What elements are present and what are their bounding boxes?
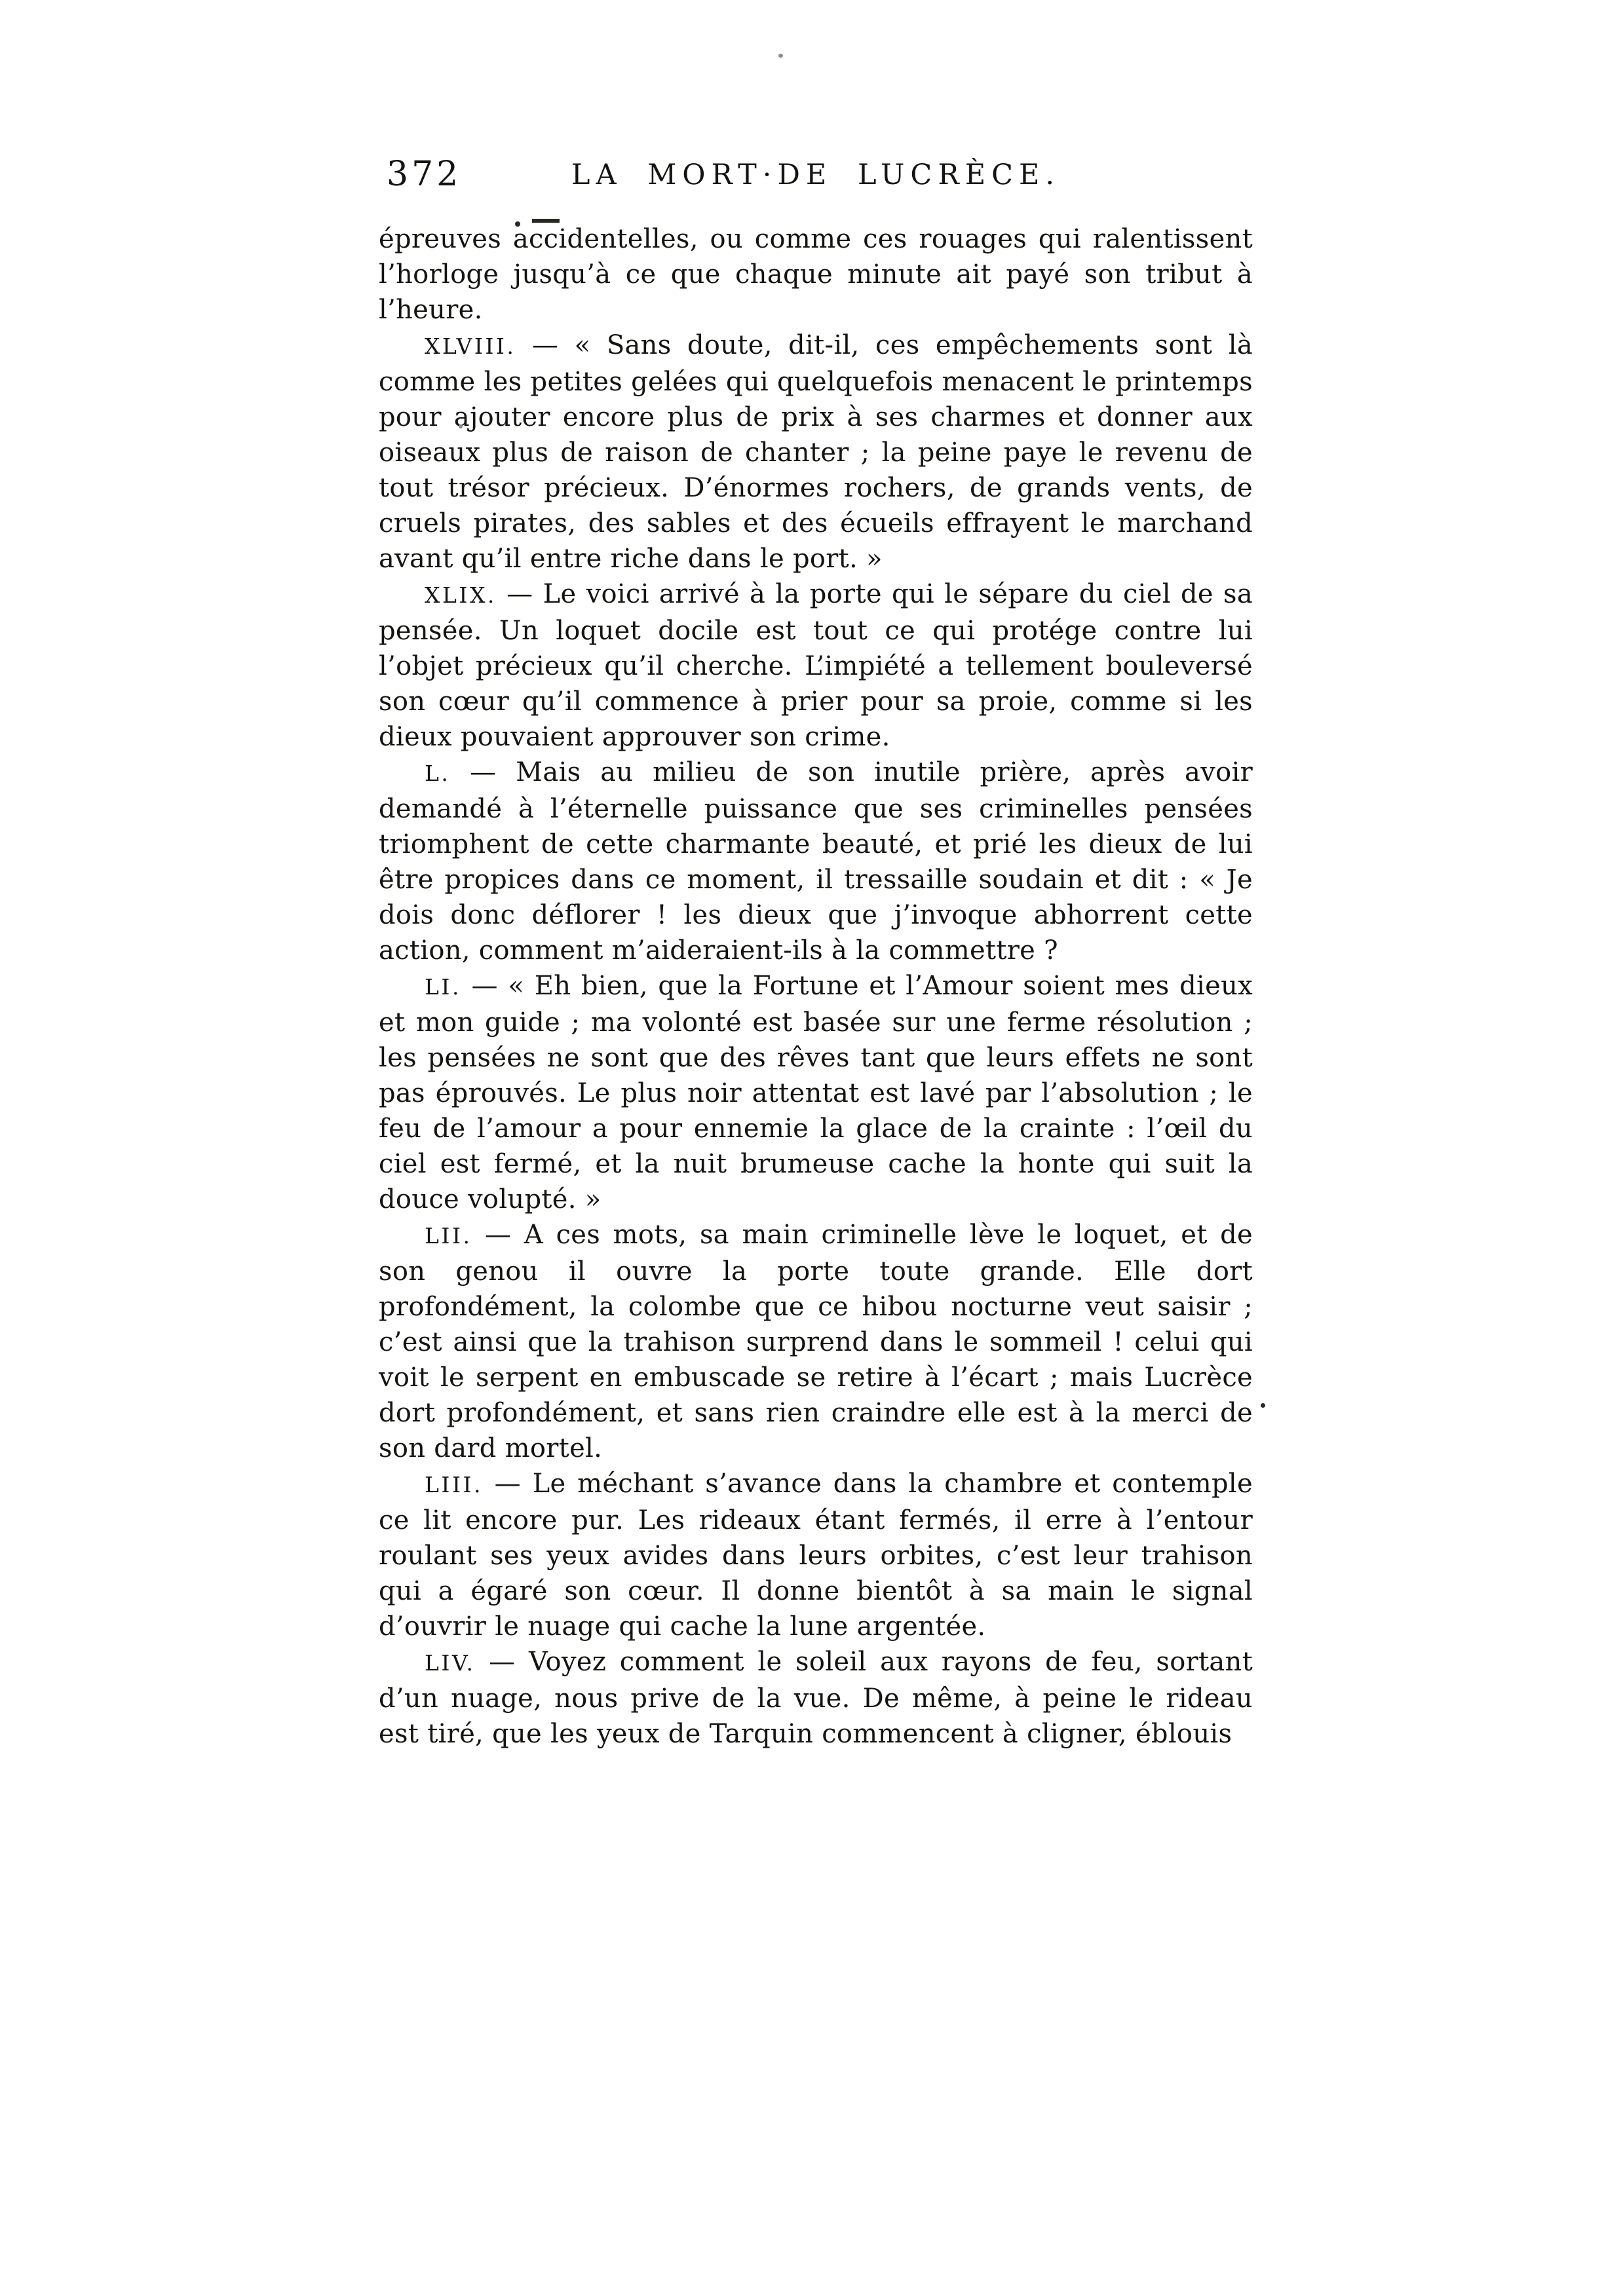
stanza-paragraph: LII. — A ces mots, sa main criminelle lè… (379, 1217, 1253, 1466)
stanza-paragraph: LI. — « Eh bien, que la Fortune et l’Amo… (379, 968, 1253, 1217)
stanza-numeral: LI. (425, 974, 461, 1000)
scan-artifact-dash (532, 219, 560, 223)
scan-artifact-speck (778, 54, 783, 58)
stanza-paragraph: L. — Mais au milieu de son inutile prièr… (379, 755, 1253, 968)
running-header: 372 LA MORT·DE LUCRÈCE. (379, 155, 1253, 195)
body-text-block: épreuves accidentelles, ou comme ces rou… (379, 221, 1253, 1752)
stanza-numeral: XLIX. (425, 582, 497, 608)
stanza-paragraph: XLIX. — Le voici arrivé à la porte qui l… (379, 576, 1253, 755)
stanza-numeral: LIII. (425, 1472, 483, 1497)
stanza-numeral: XLVIII. (425, 333, 516, 359)
scan-artifact-stray-period (1261, 1403, 1265, 1408)
scan-artifact-dot (515, 221, 520, 227)
stanza-numeral: LII. (425, 1223, 472, 1249)
stanza-numeral: LIV. (425, 1650, 476, 1676)
stanza-numeral: L. (425, 761, 450, 786)
scanned-book-page: { "page": { "number": "372", "header_tit… (0, 0, 1623, 2296)
continuation-paragraph: épreuves accidentelles, ou comme ces rou… (379, 221, 1253, 328)
stanza-paragraph: LIV. — Voyez comment le soleil aux rayon… (379, 1644, 1253, 1752)
stanza-paragraph: LIII. — Le méchant s’avance dans la cham… (379, 1466, 1253, 1644)
page-content: 372 LA MORT·DE LUCRÈCE. épreuves acciden… (379, 155, 1253, 1752)
scan-artifact-speck (459, 424, 463, 428)
running-title: LA MORT·DE LUCRÈCE. (379, 159, 1253, 191)
stanza-paragraph: XLVIII. — « Sans doute, dit-il, ces empê… (379, 328, 1253, 576)
